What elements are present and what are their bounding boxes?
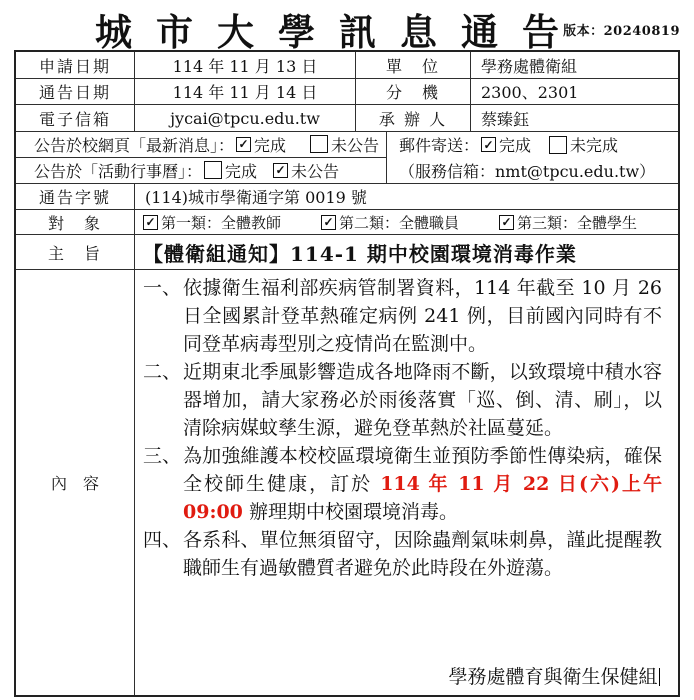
paragraph-text: 為加強維護本校校區環境衛生並預防季節性傳染病，確保全校師生健康，訂於 114 年… — [183, 442, 662, 526]
checkbox-web-news-done[interactable]: ✓ — [236, 137, 251, 152]
field-label-apply-date: 申請日期 — [16, 52, 135, 78]
paragraph-text: 依據衛生福利部疾病管制署資料，114 年截至 10 月 26 日全國累計登革熱確… — [183, 274, 662, 358]
text-run: 未完成 — [570, 133, 618, 156]
field-value-email: jycai@tpcu.edu.tw — [135, 105, 356, 131]
publish-web-news-row: 公告於校網頁「最新消息」：✓完成未公告 — [16, 132, 386, 158]
list-marker: 一、 — [143, 274, 183, 358]
table-row-apply-date: 申請日期 114 年 11 月 13 日 單 位 學務處體衛組 — [16, 52, 678, 79]
content-paragraph: 二、近期東北季風影響造成各地降雨不斷，以致環境中積水容器增加，請大家務必於雨後落… — [143, 358, 662, 442]
content-body: 一、依據衛生福利部疾病管制署資料，114 年截至 10 月 26 日全國累計登革… — [135, 270, 678, 695]
list-marker: 三、 — [143, 442, 183, 526]
text-run: 完成 — [225, 159, 257, 182]
checkbox-web-news-not-published[interactable] — [310, 135, 328, 153]
text-run: 未公告 — [291, 159, 339, 182]
text-run: 各系科、單位無須留守，因除蟲劑氣味刺鼻，謹此提醒教職師生有過敏體質者避免於此時段… — [183, 529, 662, 579]
content-paragraph: 四、各系科、單位無須留守，因除蟲劑氣味刺鼻，謹此提醒教職師生有過敏體質者避免於此… — [143, 526, 662, 582]
document-header: 城市大學訊息通告 版本：20240819 — [0, 0, 694, 48]
signature-row: 學務處體育與衛生保健組 — [143, 662, 662, 689]
checkbox-calendar-done[interactable] — [204, 161, 222, 179]
field-value-notice-date: 114 年 11 月 14 日 — [135, 79, 356, 104]
field-value-subject: 【體衛組通知】114-1 期中校園環境消毒作業 — [135, 235, 678, 269]
table-row-email: 電子信箱 jycai@tpcu.edu.tw 承 辦 人 蔡臻鈺 — [16, 105, 678, 132]
audience-checkbox-group: ✓第一類：全體教師✓第二類：全體職員✓第三類：全體學生 — [135, 210, 678, 234]
version-label: 版本：20240819 — [563, 20, 680, 39]
field-label-email: 電子信箱 — [16, 105, 135, 131]
text-run: 完成 — [254, 133, 286, 156]
content-paragraph: 一、依據衛生福利部疾病管制署資料，114 年截至 10 月 26 日全國累計登革… — [143, 274, 662, 358]
page-title: 城市大學訊息通告 — [0, 2, 654, 56]
checkbox-audience-staff[interactable]: ✓ — [321, 215, 336, 230]
field-value-extension: 2300、2301 — [471, 79, 678, 104]
text-run: 辦理期中校園環境消毒。 — [243, 501, 458, 523]
text-run: 郵件寄送： — [399, 133, 479, 156]
field-label-extension: 分 機 — [356, 79, 471, 104]
mail-service-address: （服務信箱：nmt@tpcu.edu.tw） — [399, 158, 678, 184]
signature: 學務處體育與衛生保健組 — [448, 666, 657, 688]
field-value-notice-number: (114)城市學衛通字第 0019 號 — [135, 184, 678, 209]
paragraph-text: 各系科、單位無須留守，因除蟲劑氣味刺鼻，謹此提醒教職師生有過敏體質者避免於此時段… — [183, 526, 662, 582]
checkbox-audience-teachers[interactable]: ✓ — [143, 215, 158, 230]
publish-left-column: 公告於校網頁「最新消息」：✓完成未公告 公告於「活動行事曆」：完成✓未公告 — [16, 132, 387, 183]
field-label-subject: 主 旨 — [16, 235, 135, 269]
text-run: 依據衛生福利部疾病管制署資料，114 年截至 10 月 26 日全國累計登革熱確… — [183, 277, 662, 355]
notice-document: 城市大學訊息通告 版本：20240819 申請日期 114 年 11 月 13 … — [0, 0, 694, 700]
text-run: 完成 — [499, 133, 531, 156]
mail-send-status-row: 郵件寄送：✓完成未完成 — [399, 132, 678, 158]
field-label-contact-person: 承 辦 人 — [356, 105, 471, 131]
field-value-unit: 學務處體衛組 — [471, 52, 678, 78]
publish-mail-cell: 郵件寄送：✓完成未完成 （服務信箱：nmt@tpcu.edu.tw） — [387, 132, 678, 183]
list-marker: 四、 — [143, 526, 183, 582]
content-paragraphs: 一、依據衛生福利部疾病管制署資料，114 年截至 10 月 26 日全國累計登革… — [143, 274, 662, 582]
field-label-notice-number: 通告字號 — [16, 184, 135, 209]
checkbox-mail-done[interactable]: ✓ — [481, 137, 496, 152]
field-label-audience: 對 象 — [16, 210, 135, 234]
text-run: 公告於「活動行事曆」： — [34, 159, 202, 182]
table-row-audience: 對 象 ✓第一類：全體教師✓第二類：全體職員✓第三類：全體學生 — [16, 210, 678, 235]
table-row-notice-date: 通告日期 114 年 11 月 14 日 分 機 2300、2301 — [16, 79, 678, 105]
text-run: 公告於校網頁「最新消息」： — [34, 133, 234, 156]
text-run: 未公告 — [331, 133, 379, 156]
checkbox-audience-students[interactable]: ✓ — [499, 215, 514, 230]
field-value-apply-date: 114 年 11 月 13 日 — [135, 52, 356, 78]
table-row-content: 內 容 一、依據衛生福利部疾病管制署資料，114 年截至 10 月 26 日全國… — [16, 270, 678, 695]
table-row-notice-number: 通告字號 (114)城市學衛通字第 0019 號 — [16, 184, 678, 210]
content-paragraph: 三、為加強維護本校校區環境衛生並預防季節性傳染病，確保全校師生健康，訂於 114… — [143, 442, 662, 526]
checkbox-calendar-not-published[interactable]: ✓ — [273, 163, 288, 178]
paragraph-text: 近期東北季風影響造成各地降雨不斷，以致環境中積水容器增加，請大家務必於雨後落實「… — [183, 358, 662, 442]
text-run: 第一類：全體教師 — [161, 212, 281, 233]
text-run: 近期東北季風影響造成各地降雨不斷，以致環境中積水容器增加，請大家務必於雨後落實「… — [183, 361, 662, 439]
field-label-unit: 單 位 — [356, 52, 471, 78]
checkbox-mail-not-done[interactable] — [549, 136, 567, 154]
publish-calendar-row: 公告於「活動行事曆」：完成✓未公告 — [16, 158, 386, 183]
field-value-contact-person: 蔡臻鈺 — [471, 105, 678, 131]
notice-table: 申請日期 114 年 11 月 13 日 單 位 學務處體衛組 通告日期 114… — [14, 50, 680, 697]
content-spacer — [143, 582, 662, 662]
table-row-publish-status: 公告於校網頁「最新消息」：✓完成未公告 公告於「活動行事曆」：完成✓未公告 郵件… — [16, 132, 678, 184]
field-label-content: 內 容 — [16, 270, 135, 695]
field-label-notice-date: 通告日期 — [16, 79, 135, 104]
list-marker: 二、 — [143, 358, 183, 442]
text-cursor — [659, 668, 661, 686]
text-run: 第三類：全體學生 — [517, 212, 637, 233]
text-run: 第二類：全體職員 — [339, 212, 459, 233]
table-row-subject: 主 旨 【體衛組通知】114-1 期中校園環境消毒作業 — [16, 235, 678, 270]
